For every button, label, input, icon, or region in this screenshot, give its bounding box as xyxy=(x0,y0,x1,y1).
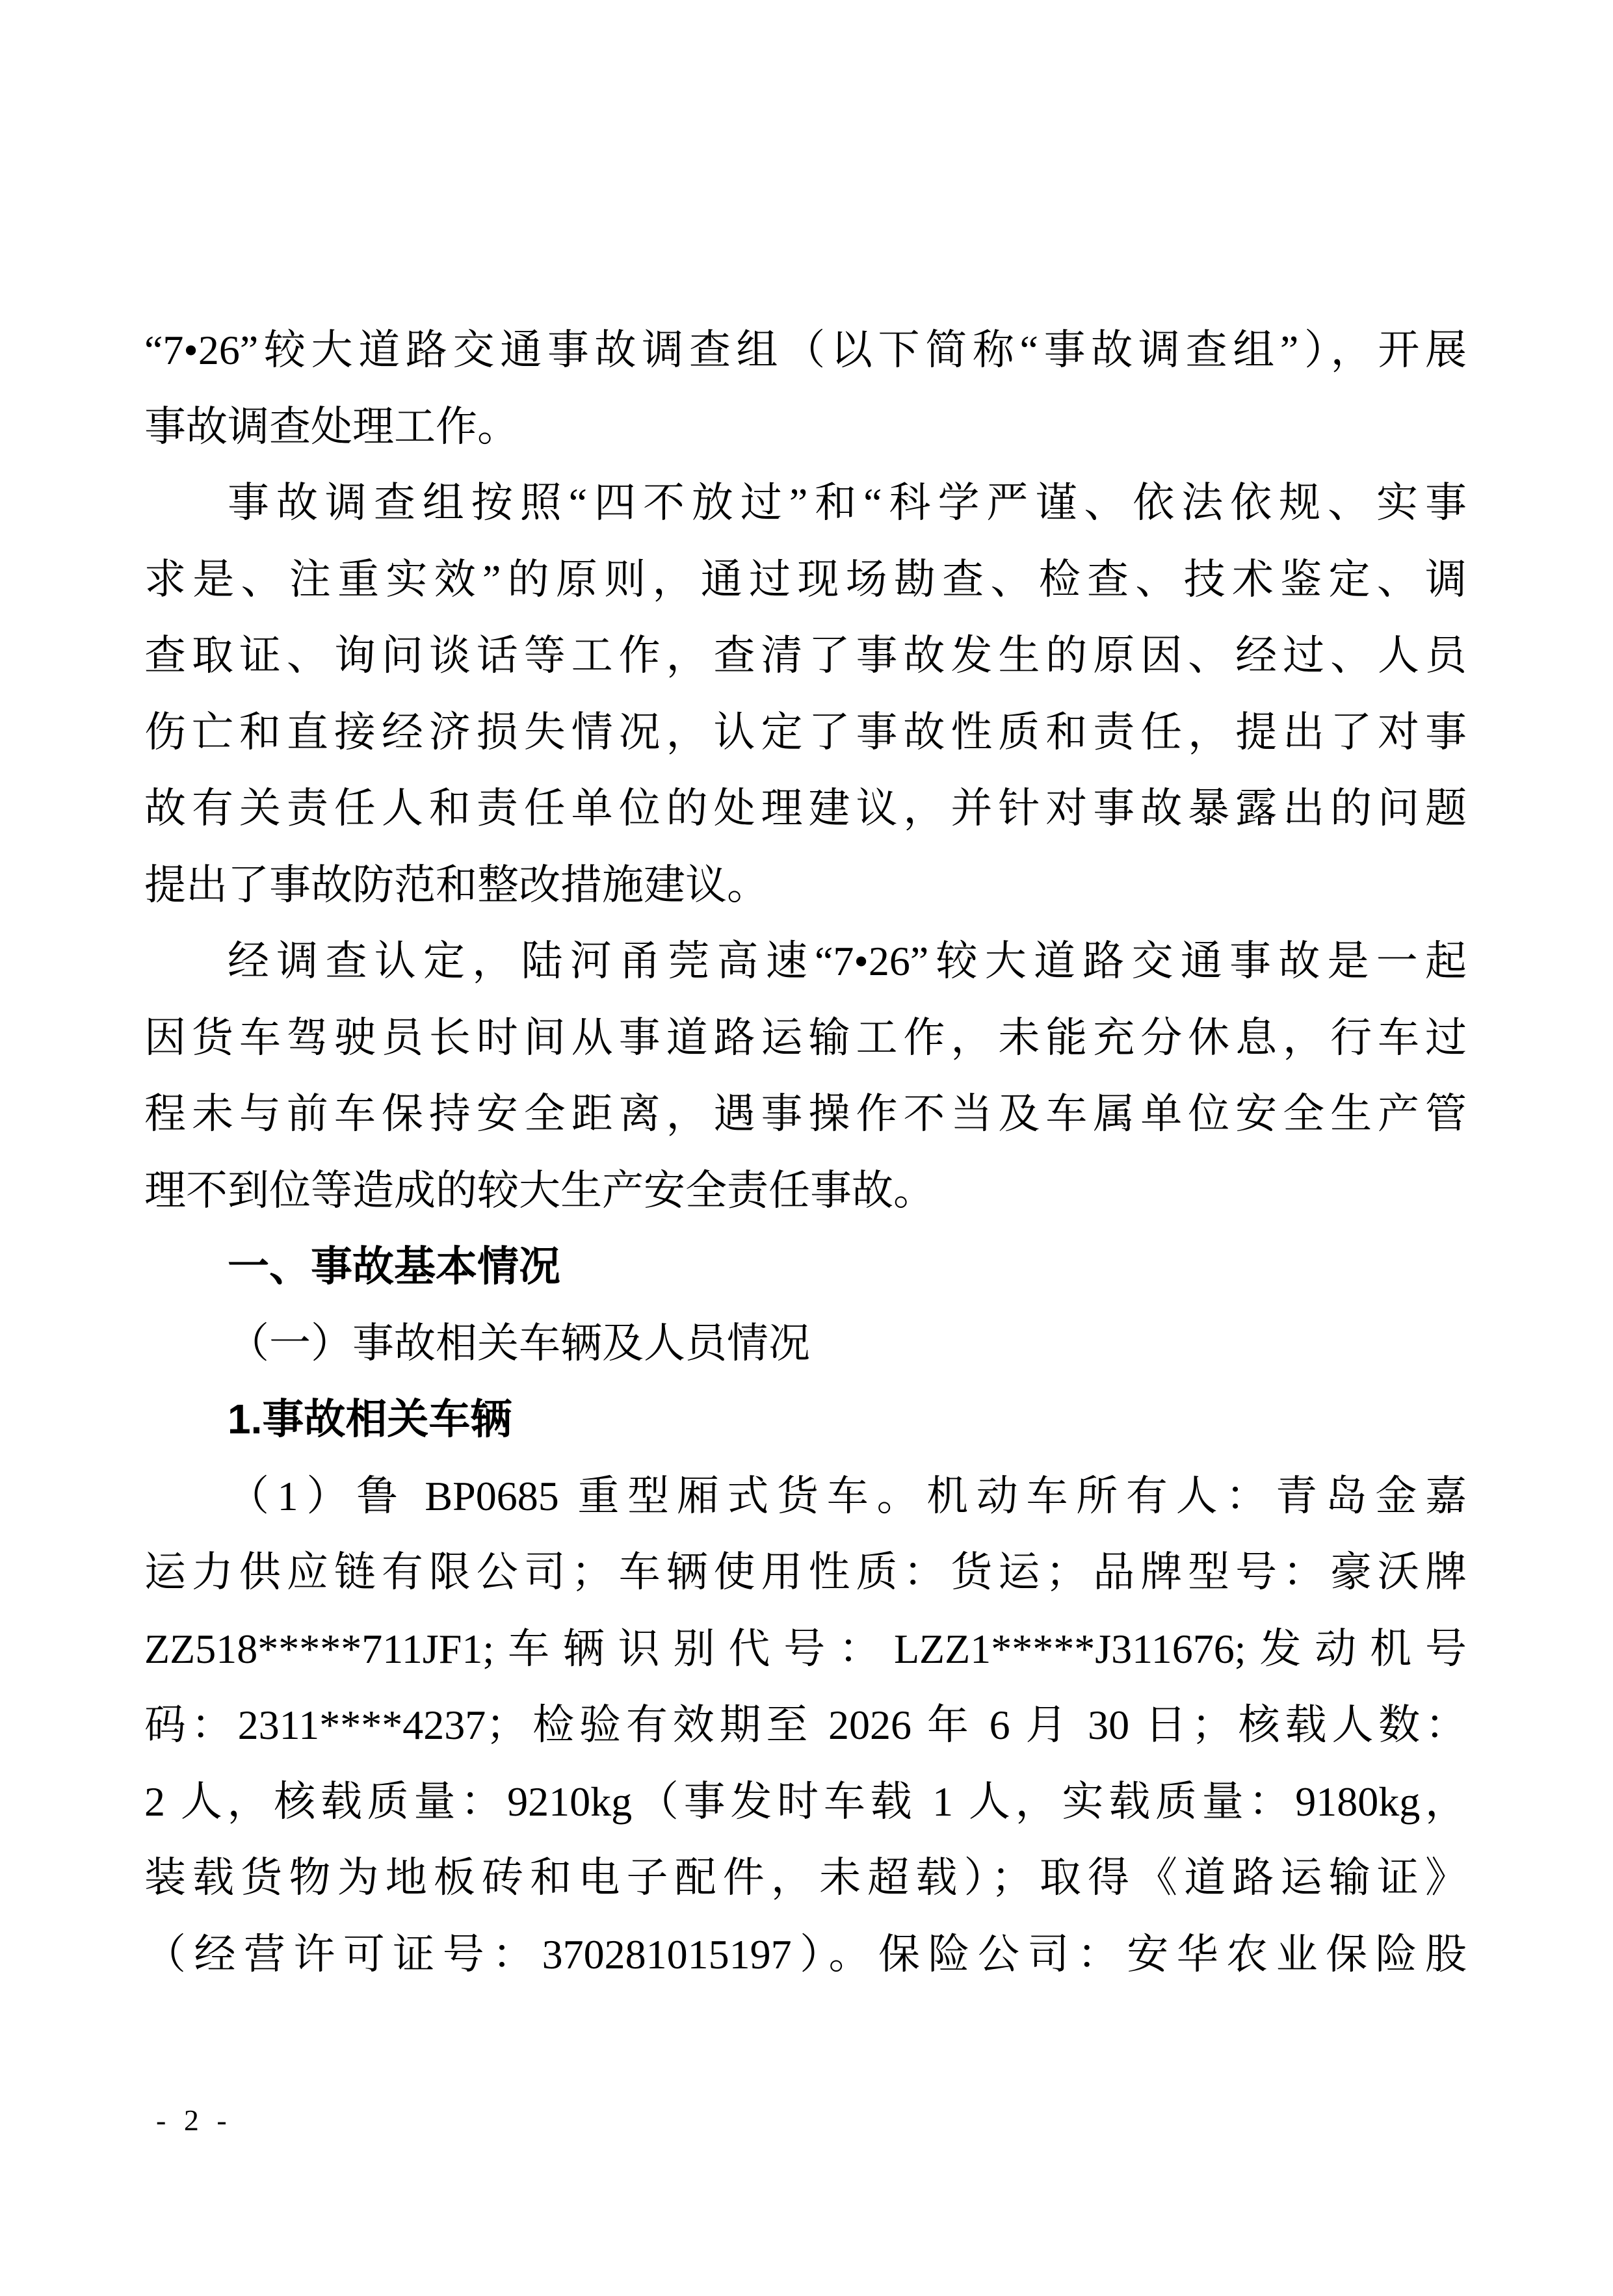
subsection-heading: （一）事故相关车辆及人员情况 xyxy=(144,1305,1467,1382)
doc-line: ZZ518*****711JF1;车辆识别代号：LZZ1*****J311676… xyxy=(144,1611,1467,1688)
doc-line-paragraph-end: 理不到位等造成的较大生产安全责任事故。 xyxy=(144,1153,1467,1229)
doc-line: 程未与前车保持安全距离，遇事操作不当及车属单位安全生产管 xyxy=(144,1076,1467,1153)
doc-line: 2 人，核载质量：9210kg（事发时车载 1 人，实载质量：9180kg， xyxy=(144,1764,1467,1840)
doc-line: 码：2311****4237；检验有效期至 2026 年 6 月 30 日；核载… xyxy=(144,1687,1467,1764)
doc-line-continued: “7•26”较大道路交通事故调查组（以下简称“事故调查组”），开展 xyxy=(144,312,1467,389)
doc-line-paragraph-start: 事故调查组按照“四不放过”和“科学严谨、依法依规、实事 xyxy=(144,465,1467,541)
doc-line: 故有关责任人和责任单位的处理建议，并针对事故暴露出的问题 xyxy=(144,770,1467,847)
page-number: - 2 - xyxy=(156,2101,232,2140)
doc-line: 查取证、询问谈话等工作，查清了事故发生的原因、经过、人员 xyxy=(144,618,1467,694)
doc-line: 运力供应链有限公司；车辆使用性质：货运；品牌型号：豪沃牌 xyxy=(144,1534,1467,1611)
item-heading: 1.事故相关车辆 xyxy=(144,1381,1467,1458)
doc-line: （经营许可证号：370281015197）。保险公司：安华农业保险股 xyxy=(144,1916,1467,1993)
doc-line-paragraph-start: 经调查认定，陆河甬莞高速“7•26”较大道路交通事故是一起 xyxy=(144,923,1467,1000)
section-heading: 一、事故基本情况 xyxy=(144,1229,1467,1305)
doc-line: 伤亡和直接经济损失情况，认定了事故性质和责任，提出了对事 xyxy=(144,694,1467,771)
doc-line-paragraph-start: （1）鲁 BP0685 重型厢式货车。机动车所有人：青岛金嘉 xyxy=(144,1458,1467,1535)
doc-line: 因货车驾驶员长时间从事道路运输工作，未能充分休息，行车过 xyxy=(144,1000,1467,1076)
doc-line-paragraph-end: 提出了事故防范和整改措施建议。 xyxy=(144,847,1467,924)
doc-line-paragraph-end: 事故调查处理工作。 xyxy=(144,389,1467,465)
doc-line: 求是、注重实效”的原则，通过现场勘查、检查、技术鉴定、调 xyxy=(144,541,1467,618)
document-page: “7•26”较大道路交通事故调查组（以下简称“事故调查组”），开展 事故调查处理… xyxy=(0,0,1613,2296)
doc-line: 装载货物为地板砖和电子配件，未超载）；取得《道路运输证》 xyxy=(144,1840,1467,1916)
document-body: “7•26”较大道路交通事故调查组（以下简称“事故调查组”），开展 事故调查处理… xyxy=(144,312,1467,1992)
